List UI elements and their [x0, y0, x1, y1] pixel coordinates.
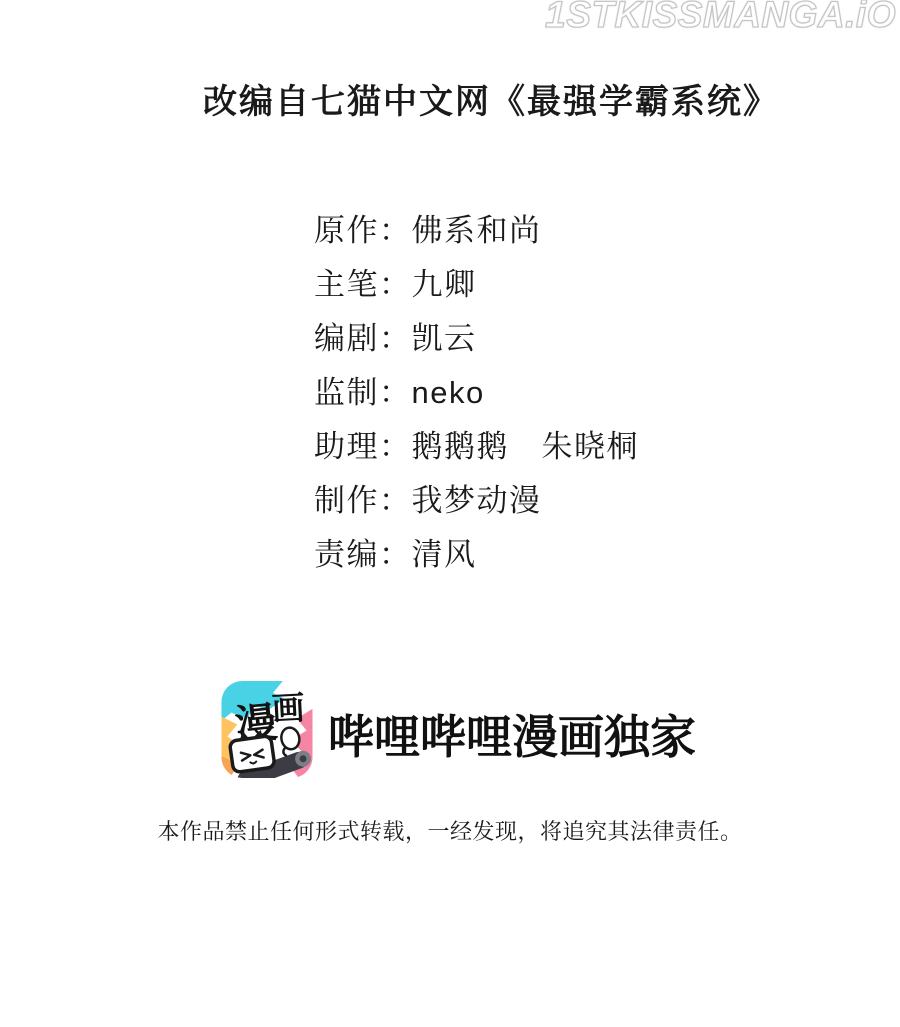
credit-name: 凯云: [412, 321, 477, 356]
site-watermark: 1STKISSMANGA.iO: [545, 0, 896, 36]
credit-role: 助理: [314, 429, 379, 464]
credit-name: 清风: [412, 537, 477, 572]
credit-name: 鹅鹅鹅 朱晓桐: [412, 429, 640, 464]
credit-separator: ：: [379, 537, 412, 572]
credit-line-screenwriter: 编剧：凯云: [314, 312, 639, 366]
credit-line-lead-artist: 主笔：九卿: [314, 258, 639, 312]
credit-line-assistants: 助理：鹅鹅鹅 朱晓桐: [314, 420, 639, 474]
bilibili-manga-app-icon: 漫 画: [221, 681, 313, 778]
credit-separator: ：: [379, 213, 412, 248]
credit-separator: ：: [379, 375, 412, 410]
manga-credits-page: 1STKISSMANGA.iO 改编自七猫中文网《最强学霸系统》 原作：佛系和尚…: [0, 0, 900, 1027]
credit-separator: ：: [379, 267, 412, 302]
credit-separator: ：: [379, 321, 412, 356]
credit-name: 九卿: [412, 267, 477, 302]
credit-line-production: 制作：我梦动漫: [314, 474, 639, 528]
credit-role: 制作: [314, 483, 379, 518]
credit-role: 原作: [314, 213, 379, 248]
bilibili-exclusive-label: 哔哩哔哩漫画独家: [328, 701, 696, 767]
credit-separator: ：: [379, 429, 412, 464]
legal-disclaimer: 本作品禁止任何形式转载，一经发现，将追究其法律责任。: [0, 815, 900, 846]
logo-char-hua: 画: [271, 688, 306, 729]
credit-separator: ：: [379, 483, 412, 518]
credit-role: 责编: [314, 537, 379, 572]
credits-list: 原作：佛系和尚 主笔：九卿 编剧：凯云 监制：neko 助理：鹅鹅鹅 朱晓桐 制…: [314, 204, 639, 582]
credit-line-original-author: 原作：佛系和尚: [314, 204, 639, 258]
credit-name: neko: [412, 375, 485, 410]
credit-name: 佛系和尚: [412, 213, 542, 248]
credit-role: 主笔: [314, 267, 379, 302]
credit-role: 编剧: [314, 321, 379, 356]
credit-name: 我梦动漫: [412, 483, 542, 518]
credit-line-supervisor: 监制：neko: [314, 366, 639, 420]
credit-line-editor: 责编：清风: [314, 528, 639, 582]
credit-role: 监制: [314, 375, 379, 410]
adaptation-title: 改编自七猫中文网《最强学霸系统》: [203, 74, 779, 123]
